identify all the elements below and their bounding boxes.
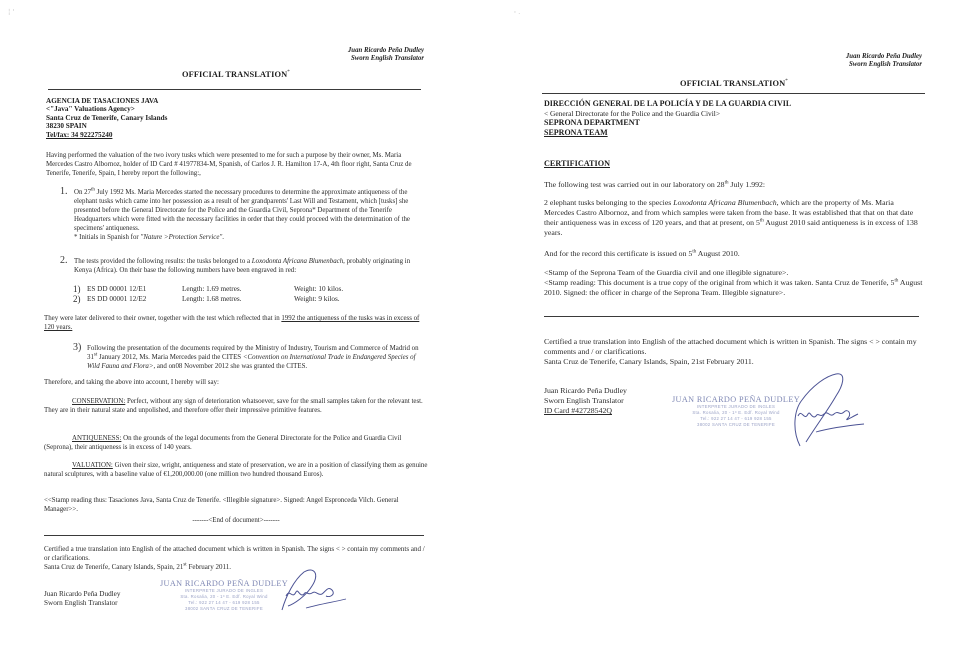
translator-stamp: JUAN RICARDO PEÑA DUDLEY INTERPRETE JURA… [670,395,802,428]
footer-divider [544,316,919,317]
item-2-text: The tests provided the following results… [74,257,426,275]
item-1-text: On 27th July 1992 Ms. Maria Mercedes sta… [74,188,426,242]
item-1-footnote: * Initials in Spanish for "Nature >Prote… [74,233,426,242]
antiqueness-paragraph: ANTIQUENESS: On the grounds of the legal… [44,434,428,452]
signer-name: Juan Ricardo Peña Dudley [544,386,627,396]
translator-stamp: JUAN RICARDO PEÑA DUDLEY INTERPRETE JURA… [158,579,290,612]
tusk-row: 2) ES DD 00001 12/E2 Length: 1.68 metres… [73,294,343,304]
item-3-number: 3) [73,342,81,353]
test-line: The following test was carried out in ou… [544,180,765,190]
translator-name: Juan Ricardo Peña Dudley [750,53,922,61]
signature-icon [786,370,868,450]
sender-name: AGENCIA DE TASACIONES JAVA [46,97,167,105]
item-3-text: Following the presentation of the docume… [87,344,427,371]
tusk-list: 1) ES DD 00001 12/E1 Length: 1.69 metres… [73,284,343,304]
item-1-number: 1. [60,186,68,197]
signer-name: Juan Ricardo Peña Dudley [44,590,120,599]
delivered-paragraph: They were later delivered to their owner… [44,314,428,332]
certification-body: 2 elephant tusks belonging to the specie… [544,198,926,238]
stamp-note: <<Stamp reading thus: Tasaciones Java, S… [44,496,428,514]
sender-telfax: Tel/fax: 34 922275240 [46,131,167,139]
signer-block: Juan Ricardo Peña Dudley Sworn English T… [44,590,120,609]
sender-block: DIRECCIÓN GENERAL DE LA POLICÍA Y DE LA … [544,99,791,138]
right-page-translation-seprona: ' · Juan Ricardo Peña Dudley Sworn Engli… [490,0,971,662]
certification-paragraph: Certified a true translation into Englis… [44,545,428,573]
left-page-translation-java: ¦ ' Juan Ricardo Peña Dudley Sworn Engli… [0,0,480,662]
document-title: OFFICIAL TRANSLATION* [680,79,788,88]
header-divider [542,93,925,94]
scan-artifact: ¦ ' [8,8,15,16]
sender-name: DIRECCIÓN GENERAL DE LA POLICÍA Y DE LA … [544,99,791,109]
translator-name: Juan Ricardo Peña Dudley [250,47,424,55]
signer-title: Sworn English Translator [44,599,120,608]
record-line: And for the record this certificate is i… [544,249,740,259]
signer-id: ID Card #42728542Q [544,406,627,416]
signer-block: Juan Ricardo Peña Dudley Sworn English T… [544,386,627,416]
sender-block: AGENCIA DE TASACIONES JAVA <"Java" Valua… [46,97,167,139]
end-of-document: -------<End of document>------- [44,516,428,526]
signature-icon [276,566,350,618]
translator-header: Juan Ricardo Peña Dudley Sworn English T… [250,47,424,64]
place-date: Santa Cruz de Tenerife, Canary Islands, … [544,357,934,367]
signer-title: Sworn English Translator [544,396,627,406]
certification-heading: CERTIFICATION [544,159,610,168]
sender-translation: <"Java" Valuations Agency> [46,105,167,113]
conservation-paragraph: CONSERVATION: Perfect, without any sign … [44,397,428,415]
scan-artifact: ' · [514,10,520,18]
sender-postcode: 38230 SPAIN [46,122,167,130]
sender-team: SEPRONA TEAM [544,128,791,138]
sender-city: Santa Cruz de Tenerife, Canary Islands [46,114,167,122]
valuation-paragraph: VALUATION: Given their size, wright, ant… [44,461,428,479]
header-divider [48,89,421,90]
intro-paragraph: Having performed the valuation of the tw… [46,152,426,178]
document-title: OFFICIAL TRANSLATION* [182,70,290,79]
tusk-row: 1) ES DD 00001 12/E1 Length: 1.69 metres… [73,284,343,294]
therefore-line: Therefore, and taking the above into acc… [44,378,219,388]
sender-department: SEPRONA DEPARTMENT [544,118,791,128]
certification-paragraph: Certified a true translation into Englis… [544,337,934,367]
place-date: Santa Cruz de Tenerife, Canary Islands, … [44,563,428,572]
item-2-number: 2. [60,255,68,266]
sender-translation: < General Directorate for the Police and… [544,109,791,118]
stamp-notes: <Stamp of the Seprona Team of the Guardi… [544,268,926,298]
translator-title: Sworn English Translator [250,55,424,63]
translator-header: Juan Ricardo Peña Dudley Sworn English T… [750,53,922,70]
translator-title: Sworn English Translator [750,61,922,69]
footer-divider [44,535,424,536]
